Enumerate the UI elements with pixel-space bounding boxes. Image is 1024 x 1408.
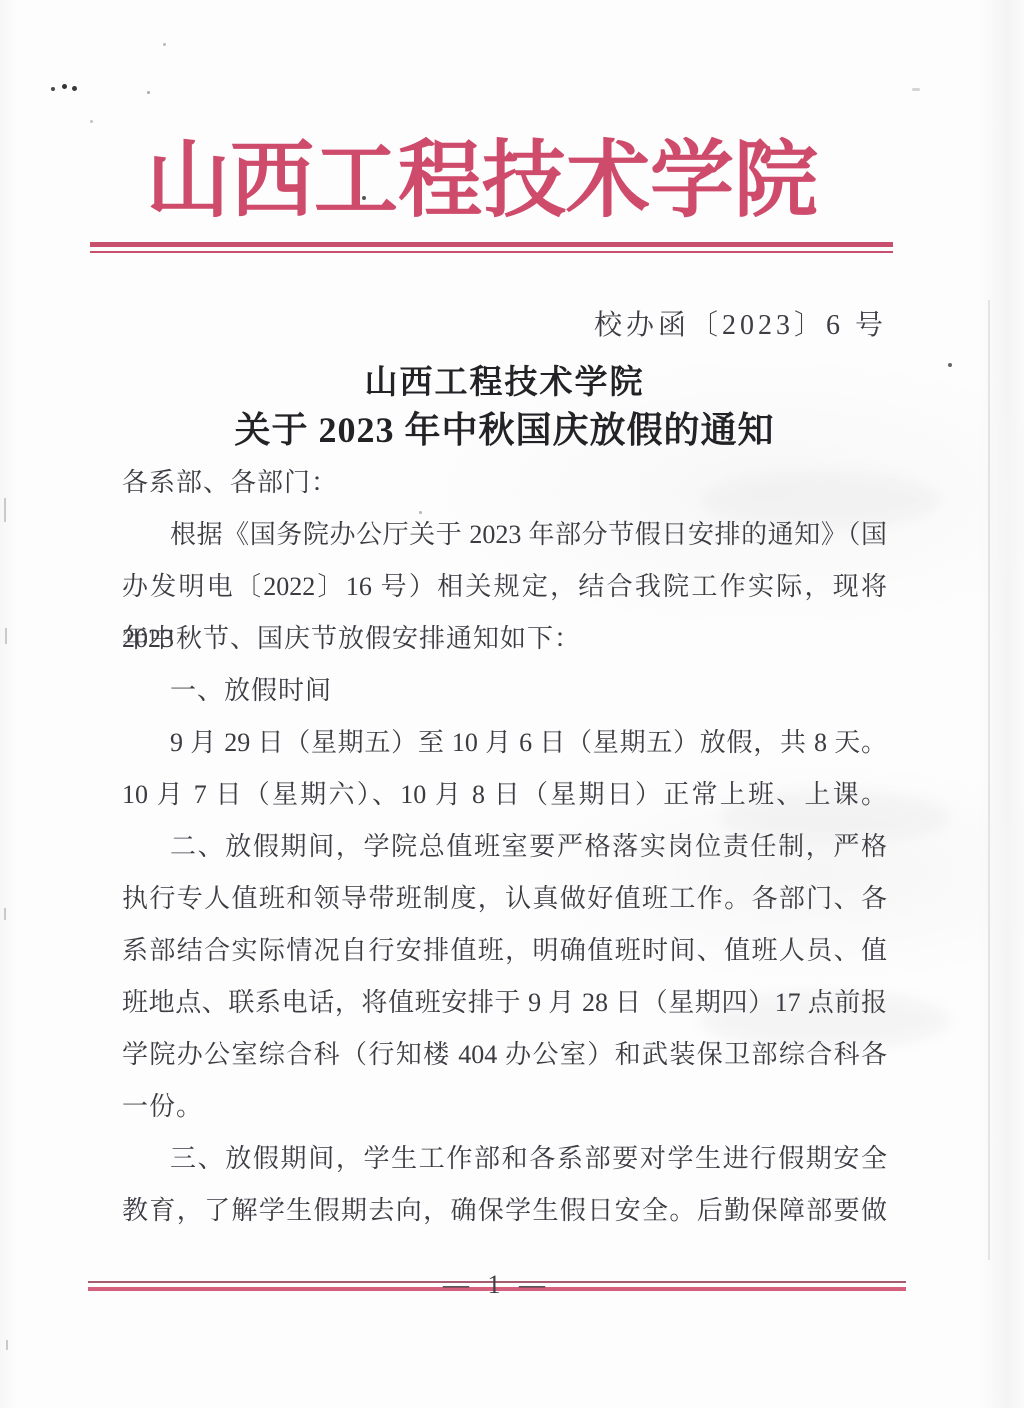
body-line: 系部结合实际情况自行安排值班，明确值班时间、值班人员、值: [122, 925, 887, 977]
scan-speckle: [147, 91, 150, 94]
doc-number: 校办函〔2023〕6 号: [122, 303, 887, 343]
scan-speckle: [912, 88, 920, 91]
body-line-section-3: 三、放假期间，学生工作部和各系部要对学生进行假期安全: [122, 1133, 887, 1185]
scan-speckle: [72, 86, 77, 91]
letterhead-rule-thin: [90, 251, 893, 253]
letterhead-title: 山西工程技术学院: [146, 132, 864, 232]
scan-edge-mark: [6, 1340, 8, 1350]
scan-speckle: [51, 87, 55, 91]
body-line: 班地点、联系电话，将值班安排于 9 月 28 日（星期四）17 点前报: [122, 977, 887, 1029]
notice-title-org: 山西工程技术学院: [122, 356, 887, 403]
scan-speckle: [163, 43, 166, 46]
scan-edge-line: [988, 300, 990, 1260]
body-line: 学院办公室综合科（行知楼 404 办公室）和武装保卫部综合科各: [122, 1029, 887, 1081]
body-line-section-2: 二、放假期间，学院总值班室要严格落实岗位责任制，严格: [122, 821, 887, 873]
body-line-section-1: 一、放假时间: [122, 665, 887, 717]
scan-edge-mark: [5, 628, 7, 644]
page-number: — 1 —: [88, 1270, 906, 1300]
scan-speckle: [948, 363, 952, 367]
scanned-notice-page: 山西工程技术学院 校办函〔2023〕6 号 山西工程技术学院 关于 2023 年…: [0, 0, 1024, 1408]
body-line-salutation: 各系部、各部门：: [122, 457, 887, 509]
notice-title-subject: 关于 2023 年中秋国庆放假的通知: [122, 402, 887, 453]
scan-speckle: [90, 120, 93, 123]
body-line: 办发明电〔2022〕16 号）相关规定，结合我院工作实际，现将 2023: [122, 561, 887, 613]
body-line: 教育，了解学生假期去向，确保学生假日安全。后勤保障部要做: [122, 1185, 887, 1237]
body-line: 10 月 7 日（星期六）、10 月 8 日（星期日）正常上班、上课。: [122, 769, 887, 821]
body-line: 9 月 29 日（星期五）至 10 月 6 日（星期五）放假，共 8 天。: [122, 717, 887, 769]
scan-edge-mark: [4, 498, 6, 522]
scan-speckle: [62, 84, 67, 89]
notice-body: 各系部、各部门： 根据《国务院办公厅关于 2023 年部分节假日安排的通知》（国…: [122, 457, 887, 1237]
body-line: 执行专人值班和领导带班制度，认真做好值班工作。各部门、各: [122, 873, 887, 925]
body-line: 根据《国务院办公厅关于 2023 年部分节假日安排的通知》（国: [122, 509, 887, 561]
scan-edge-mark: [4, 908, 6, 920]
body-line: 一份。: [122, 1081, 887, 1133]
letterhead-rule-thick: [90, 242, 893, 247]
body-line: 年中秋节、国庆节放假安排通知如下：: [122, 613, 887, 665]
